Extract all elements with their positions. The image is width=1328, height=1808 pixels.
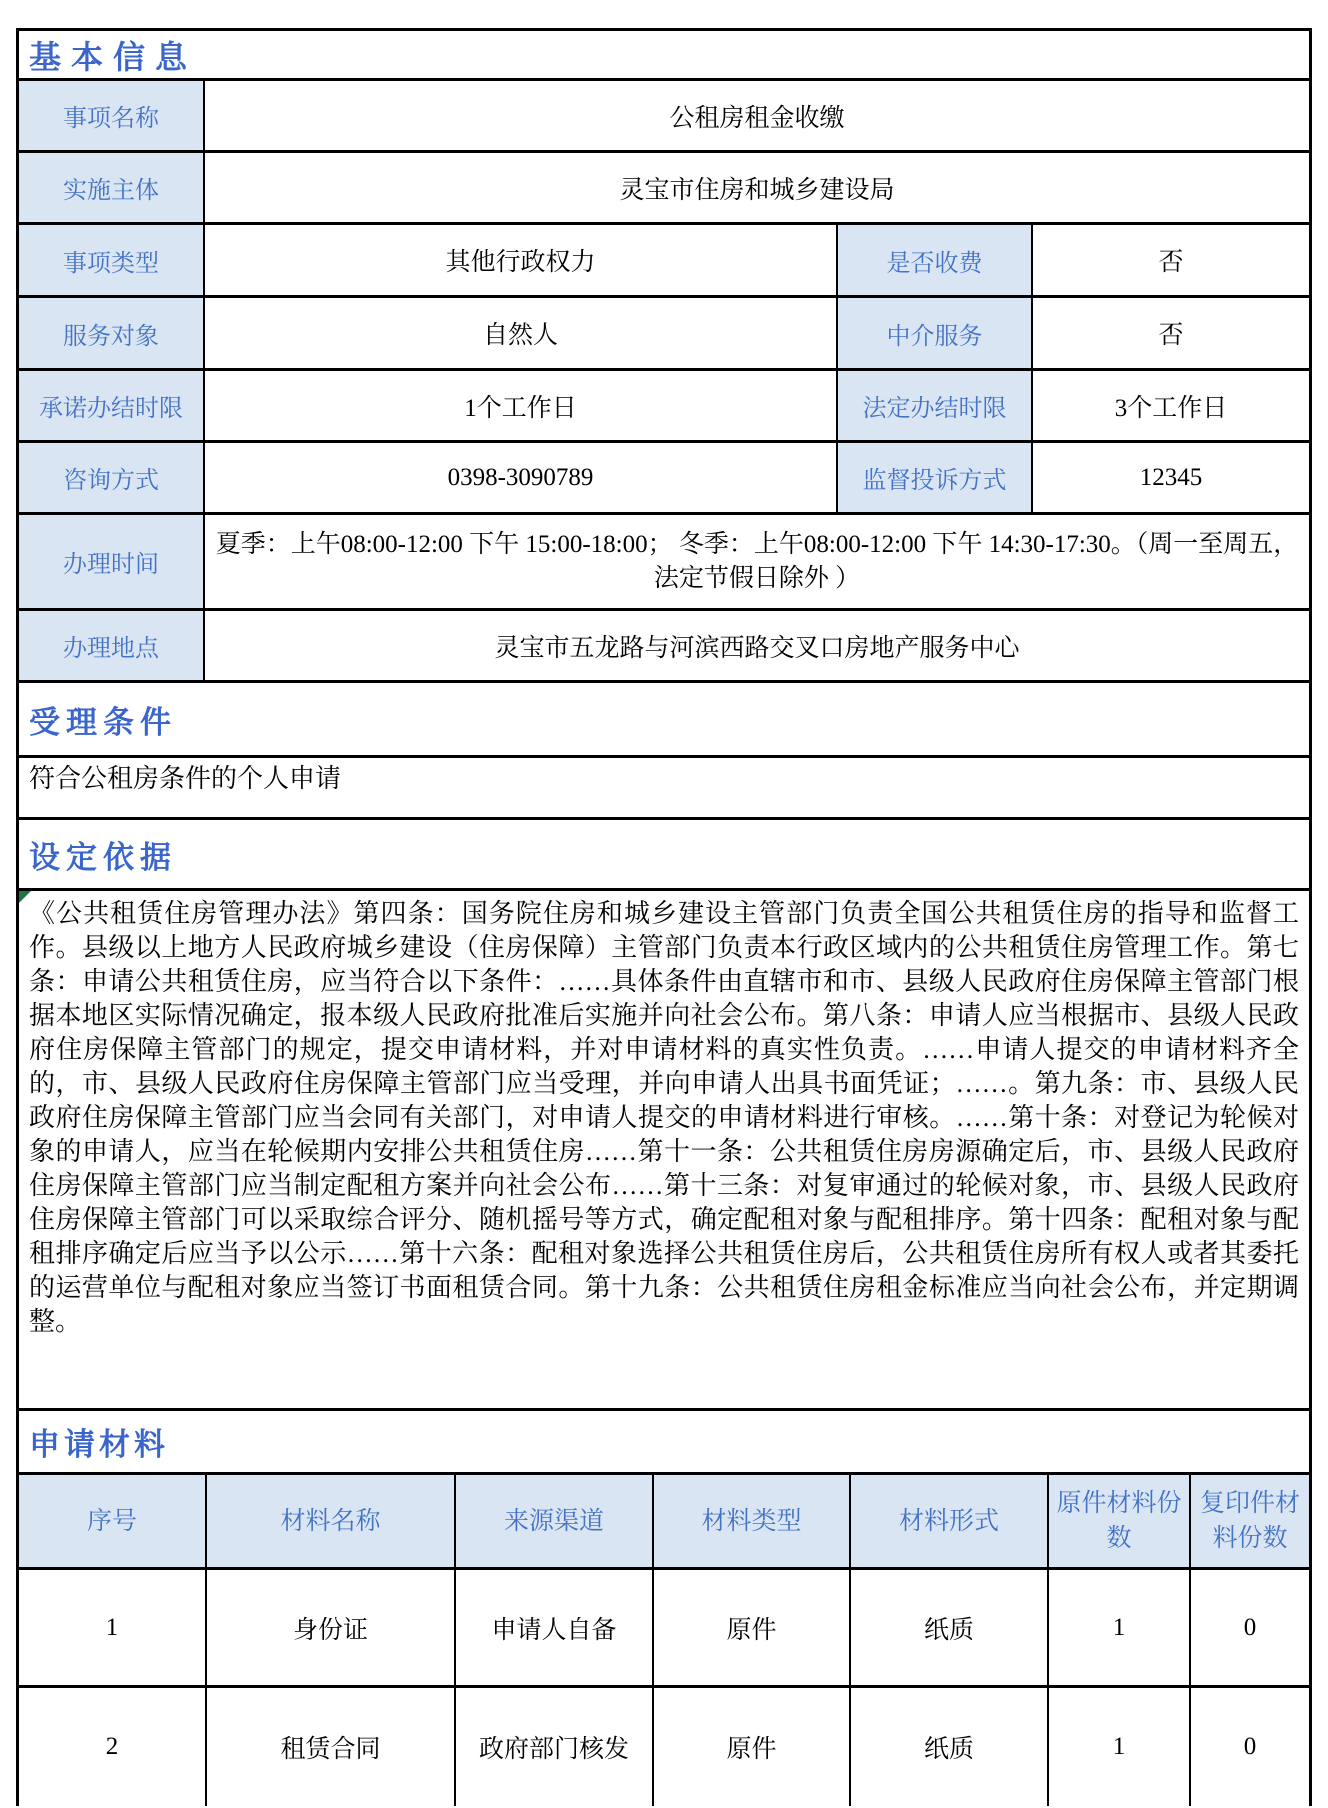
- field-label: 是否收费: [836, 225, 1031, 295]
- field-value: 公租房租金收缴: [203, 81, 1309, 150]
- field-label: 服务对象: [19, 298, 203, 368]
- section-materials-title-row: 申请材料: [19, 1411, 1309, 1475]
- info-row-service-target: 服务对象 自然人 中介服务 否: [19, 298, 1309, 371]
- field-label: 事项类型: [19, 225, 203, 295]
- table-cell-form: 纸质: [849, 1688, 1047, 1806]
- cell-comment-marker-icon: [19, 891, 31, 903]
- materials-title: 申请材料: [29, 1419, 169, 1464]
- field-label: 法定办结时限: [836, 371, 1031, 440]
- field-value: 0398-3090789: [203, 443, 836, 512]
- field-value: 自然人: [203, 298, 836, 368]
- table-cell-type: 原件: [652, 1688, 849, 1806]
- column-header: 原件材料份数: [1047, 1475, 1189, 1567]
- basis-content-cell: 《公共租赁住房管理办法》第四条：国务院住房和城乡建设主管部门负责全国公共租赁住房…: [19, 891, 1309, 1411]
- acceptance-title: 受理条件: [29, 697, 177, 742]
- field-value: 否: [1031, 225, 1309, 295]
- field-label: 实施主体: [19, 153, 203, 222]
- column-header: 来源渠道: [454, 1475, 652, 1567]
- column-header: 材料名称: [205, 1475, 454, 1567]
- materials-row: 1 身份证 申请人自备 原件 纸质 1 0: [19, 1570, 1309, 1688]
- field-value: 12345: [1031, 443, 1309, 512]
- basis-content-text: 《公共租赁住房管理办法》第四条：国务院住房和城乡建设主管部门负责全国公共租赁住房…: [29, 899, 1299, 1336]
- field-label: 办理地点: [19, 611, 203, 680]
- field-label: 咨询方式: [19, 443, 203, 512]
- table-cell-source: 政府部门核发: [454, 1688, 652, 1806]
- table-cell-source: 申请人自备: [454, 1570, 652, 1685]
- basis-title: 设定依据: [29, 832, 177, 877]
- field-label: 承诺办结时限: [19, 371, 203, 440]
- field-label: 中介服务: [836, 298, 1031, 368]
- field-label: 监督投诉方式: [836, 443, 1031, 512]
- field-value: 3个工作日: [1031, 371, 1309, 440]
- materials-header-row: 序号 材料名称 来源渠道 材料类型 材料形式 原件材料份数 复印件材料份数: [19, 1475, 1309, 1570]
- column-header: 材料类型: [652, 1475, 849, 1567]
- column-header: 材料形式: [849, 1475, 1047, 1567]
- info-row-item-name: 事项名称 公租房租金收缴: [19, 81, 1309, 153]
- table-cell-seq: 1: [19, 1570, 205, 1685]
- info-row-item-type: 事项类型 其他行政权力 是否收费 否: [19, 225, 1309, 298]
- table-cell-type: 原件: [652, 1570, 849, 1685]
- section-acceptance-title-row: 受理条件: [19, 683, 1309, 758]
- table-cell-form: 纸质: [849, 1570, 1047, 1685]
- section-basis-title-row: 设定依据: [19, 820, 1309, 891]
- table-cell-name: 租赁合同: [205, 1688, 454, 1806]
- table-cell-name: 身份证: [205, 1570, 454, 1685]
- service-item-sheet: 基本信息 事项名称 公租房租金收缴 实施主体 灵宝市住房和城乡建设局 事项类型 …: [16, 28, 1312, 1806]
- document-body: 基本信息 事项名称 公租房租金收缴 实施主体 灵宝市住房和城乡建设局 事项类型 …: [16, 28, 1312, 1806]
- field-value: 1个工作日: [203, 371, 836, 440]
- materials-row: 2 租赁合同 政府部门核发 原件 纸质 1 0: [19, 1688, 1309, 1806]
- info-row-processing-location: 办理地点 灵宝市五龙路与河滨西路交叉口房地产服务中心: [19, 611, 1309, 683]
- field-value: 夏季：上午08:00-12:00 下午 15:00-18:00； 冬季：上午08…: [203, 515, 1309, 608]
- info-row-consultation: 咨询方式 0398-3090789 监督投诉方式 12345: [19, 443, 1309, 515]
- table-cell-seq: 2: [19, 1688, 205, 1806]
- table-cell-copy-count: 0: [1189, 1570, 1309, 1685]
- column-header: 序号: [19, 1475, 205, 1567]
- field-label: 办理时间: [19, 515, 203, 608]
- section-basic-info-title-row: 基本信息: [19, 31, 1309, 81]
- table-cell-original-count: 1: [1047, 1570, 1189, 1685]
- acceptance-content: 符合公租房条件的个人申请: [19, 758, 1309, 820]
- table-cell-original-count: 1: [1047, 1688, 1189, 1806]
- column-header: 复印件材料份数: [1189, 1475, 1309, 1567]
- field-label: 事项名称: [19, 81, 203, 150]
- field-value: 灵宝市五龙路与河滨西路交叉口房地产服务中心: [203, 611, 1309, 680]
- info-row-processing-time: 办理时间 夏季：上午08:00-12:00 下午 15:00-18:00； 冬季…: [19, 515, 1309, 611]
- table-cell-copy-count: 0: [1189, 1688, 1309, 1806]
- field-value: 其他行政权力: [203, 225, 836, 295]
- field-value: 否: [1031, 298, 1309, 368]
- info-row-implementing-body: 实施主体 灵宝市住房和城乡建设局: [19, 153, 1309, 225]
- basic-info-title: 基本信息: [29, 32, 197, 78]
- field-value: 灵宝市住房和城乡建设局: [203, 153, 1309, 222]
- info-row-promised-time-limit: 承诺办结时限 1个工作日 法定办结时限 3个工作日: [19, 371, 1309, 443]
